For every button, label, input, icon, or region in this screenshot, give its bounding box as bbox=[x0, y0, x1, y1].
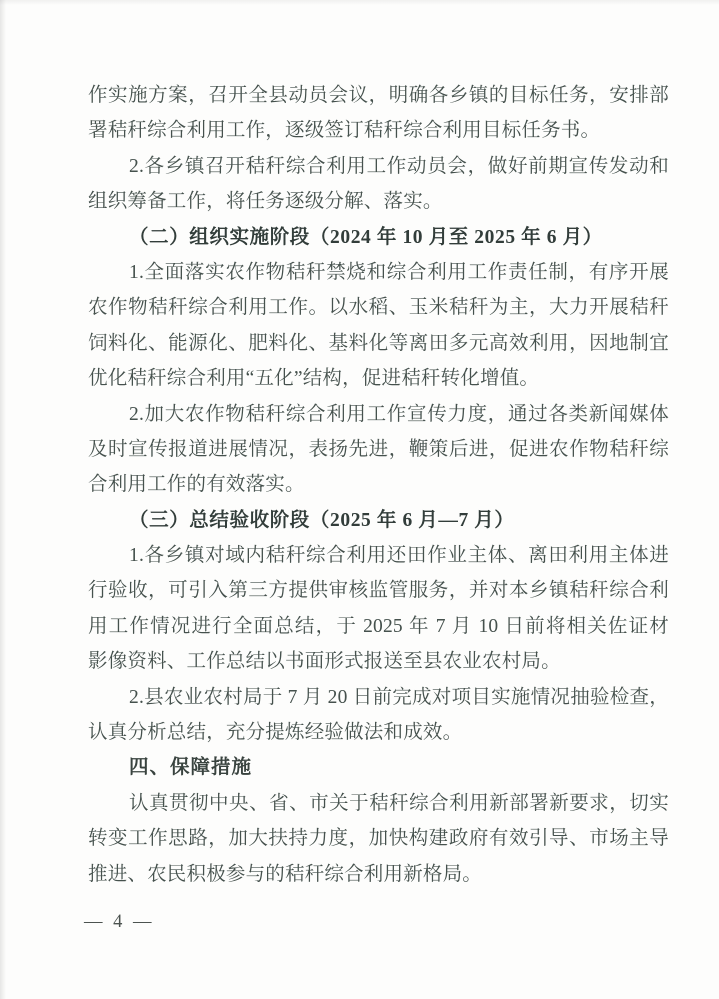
text-line-paragraph-continued-from-previous-page: 署秸秆综合利用工作，逐级签订秸秆综合利用目标任务书。 bbox=[88, 113, 669, 148]
text-line-paragraph-item1-township-acceptance: 用工作情况进行全面总结，于 2025 年 7 月 10 日前将相关佐证材料、 bbox=[88, 609, 669, 644]
text-line-paragraph-safeguard-intro: 认真贯彻中央、省、市关于秸秆综合利用新部署新要求，切实 bbox=[88, 786, 669, 821]
page-number: — 4 — bbox=[84, 912, 155, 933]
text-line-paragraph-item2-county-inspection: 2.县农业农村局于 7 月 20 日前完成对项目实施情况抽验检查， bbox=[88, 680, 669, 715]
section-heading-stage3-acceptance: （三）总结验收阶段（2025 年 6 月—7 月） bbox=[88, 503, 669, 538]
text-line-paragraph-item1-township-acceptance: 1.各乡镇对域内秸秆综合利用还田作业主体、离田利用主体进 bbox=[88, 538, 669, 573]
text-line-paragraph-safeguard-intro: 推进、农民积极参与的秸秆综合利用新格局。 bbox=[88, 857, 669, 892]
text-line-paragraph-continued-from-previous-page: 作实施方案，召开全县动员会议，明确各乡镇的目标任务，安排部 bbox=[88, 78, 669, 113]
section-heading-stage2-implementation: （二）组织实施阶段（2024 年 10 月至 2025 年 6 月） bbox=[88, 220, 669, 255]
text-line-paragraph-item2-mobilization-meetings: 组织筹备工作，将任务逐级分解、落实。 bbox=[88, 184, 669, 219]
text-line-paragraph-item2-publicity: 2.加大农作物秸秆综合利用工作宣传力度，通过各类新闻媒体 bbox=[88, 397, 669, 432]
text-line-paragraph-item1-responsibility-system: 1.全面落实农作物秸秆禁烧和综合利用工作责任制，有序开展 bbox=[88, 255, 669, 290]
text-line-paragraph-item2-publicity: 合利用工作的有效落实。 bbox=[88, 467, 669, 502]
text-line-paragraph-item2-county-inspection: 认真分析总结，充分提炼经验做法和成效。 bbox=[88, 715, 669, 750]
section-heading-4-safeguard-measures: 四、保障措施 bbox=[88, 750, 669, 785]
scanned-document-page: 作实施方案，召开全县动员会议，明确各乡镇的目标任务，安排部署秸秆综合利用工作，逐… bbox=[0, 0, 719, 999]
text-line-paragraph-item2-publicity: 及时宣传报道进展情况，表扬先进，鞭策后进，促进农作物秸秆综 bbox=[88, 432, 669, 467]
text-line-paragraph-safeguard-intro: 转变工作思路，加大扶持力度，加快构建政府有效引导、市场主导 bbox=[88, 821, 669, 856]
text-line-paragraph-item1-responsibility-system: 农作物秸秆综合利用工作。以水稻、玉米秸秆为主，大力开展秸秆 bbox=[88, 290, 669, 325]
text-line-paragraph-item2-mobilization-meetings: 2.各乡镇召开秸秆综合利用工作动员会，做好前期宣传发动和 bbox=[88, 149, 669, 184]
text-line-paragraph-item1-responsibility-system: 优化秸秆综合利用“五化”结构，促进秸秆转化增值。 bbox=[88, 361, 669, 396]
text-line-paragraph-item1-township-acceptance: 行验收，可引入第三方提供审核监管服务，并对本乡镇秸秆综合利 bbox=[88, 573, 669, 608]
document-body: 作实施方案，召开全县动员会议，明确各乡镇的目标任务，安排部署秸秆综合利用工作，逐… bbox=[88, 78, 669, 892]
text-line-paragraph-item1-responsibility-system: 饲料化、能源化、肥料化、基料化等离田多元高效利用，因地制宜 bbox=[88, 326, 669, 361]
text-line-paragraph-item1-township-acceptance: 影像资料、工作总结以书面形式报送至县农业农村局。 bbox=[88, 644, 669, 679]
